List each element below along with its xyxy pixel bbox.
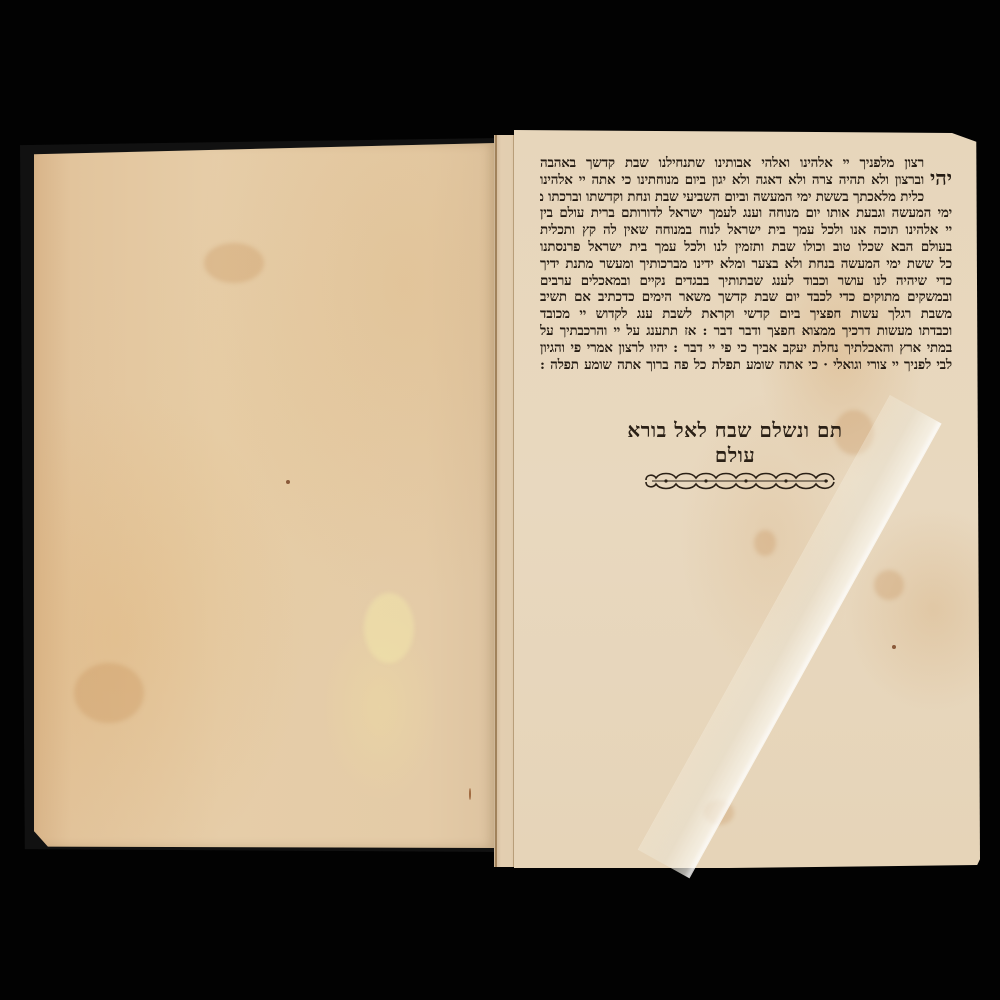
text-line: ימי המעשה וגבעת אותו יום מנוחה וענג לעמך… [540, 205, 952, 222]
opening-word: יהי [930, 161, 952, 195]
text-line: לבי לפניך יי צורי וגואלי · כי אתה שומע ת… [540, 357, 952, 374]
text-line: במתי ארץ והאכלתיך נחלת יעקב אביך כי פי י… [540, 340, 952, 357]
hebrew-prayer-text: יהי רצון מלפניך יי אלהינו ואלהי אבותינו … [540, 155, 952, 373]
text-line: יי אלהינו תוכה אנו ולכל עמך בית ישראל לנ… [540, 222, 952, 239]
ink-spot [286, 480, 290, 484]
text-line: כלית מלאכתך בששת ימי המעשה וביום השביעי … [540, 189, 924, 206]
colophon-line: תם ונשלם שבח לאל בורא עולם [610, 418, 860, 468]
book-photograph: יהי רצון מלפניך יי אלהינו ואלהי אבותינו … [0, 0, 1000, 1000]
ink-spot [469, 788, 471, 800]
foxing-stain [754, 530, 776, 556]
water-stain [364, 593, 414, 663]
text-line: כדי שיהיה לנו עושר וכבוד לענג שבתותיך בב… [540, 273, 952, 290]
foxing-stain [74, 663, 144, 723]
text-line: ובמשקים מתוקים כדי לכבד יום שבת קדשך משא… [540, 289, 952, 306]
text-line: בעולם הבא שכלו טוב וכולו שבת ותזמין לנו … [540, 239, 952, 256]
text-line: וכבדתו מעשות דרכיך ממצוא חפצך ודבר דבר :… [540, 323, 952, 340]
left-page-blank [34, 143, 496, 848]
gutter-fold-line [495, 135, 497, 867]
text-line: משבת רגלך עשות חפציך ביום קדשי וקראת לשב… [540, 306, 952, 323]
printers-ornament-icon [642, 468, 838, 492]
foxing-stain [204, 243, 264, 283]
text-line: רצון מלפניך יי אלהינו ואלהי אבותינו שתנח… [540, 155, 924, 172]
ink-spot [892, 645, 896, 649]
text-line: כל ששת ימי המעשה בנחת ולא בצער ומלא ידינ… [540, 256, 952, 273]
foxing-stain [874, 570, 904, 600]
text-line: וברצון ולא תהיה צרה ולא דאגה ולא יגון בי… [540, 172, 924, 189]
